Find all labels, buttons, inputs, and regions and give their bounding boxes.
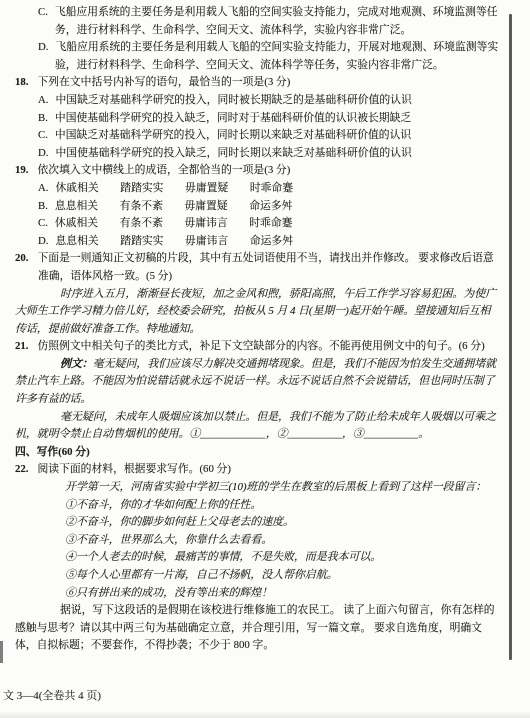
q18-option-b: B.中国使基础科学研究的投入缺乏，同时对于基础科研价值的认识被长期缺乏 <box>15 110 501 128</box>
q19-option-c: C.休戚相关 有条不紊 毋庸讳言 时乖命蹇 <box>15 215 501 233</box>
q21-example: 例文：毫无疑问，我们应该尽力解决交通拥堵现象。但是，我们不能因为怕发生交通拥堵就… <box>15 356 501 409</box>
question-number: 19. <box>15 164 29 176</box>
page-footer: 文 3—4(全卷共 4 页) <box>3 687 101 703</box>
scan-bottom-shadow <box>0 711 530 718</box>
q18-option-c: C.中国缺乏对基础科学研究的投入，同时长期以来缺乏对基础科研价值的认识 <box>15 127 501 145</box>
q22-message-4: ④一个人老去的时候，最痛苦的事情，不是失败，而是我本可以。 <box>65 549 501 567</box>
option-text: 飞船应用系统的主要任务是利用载人飞船的空间实验支持能力，开展对地观测、环境监测等… <box>55 41 498 71</box>
option-label: B. <box>38 200 48 212</box>
q18-option-a: A.中国缺乏对基础科学研究的投入，同时被长期缺乏的是基础科研价值的认识 <box>15 92 501 110</box>
q22-requirements: 据说，写下这段话的是假期在该校进行维修施工的农民工。 读了上面六句留言，你有怎样… <box>15 602 501 655</box>
idiom-list: 息息相关 有条不紊 毋庸置疑 命运多舛 <box>55 200 293 212</box>
scan-smudge <box>0 641 3 663</box>
scan-edge-line <box>509 14 512 660</box>
option-label: C. <box>38 6 48 18</box>
question-text: 下面是一则通知正文初稿的片段，其中有五处词语使用不当，请找出并作修改。 要求修改… <box>38 252 494 282</box>
example-label: 例文： <box>60 358 93 370</box>
q17-option-d: D.飞船应用系统的主要任务是利用载人飞船的空间实验支持能力，开展对地观测、环境监… <box>15 39 501 74</box>
option-label: C. <box>38 129 48 141</box>
question-text: 依次填入文中横线上的成语，全都恰当的一项是(3 分) <box>38 164 291 176</box>
q19-stem: 19.依次填入文中横线上的成语，全都恰当的一项是(3 分) <box>15 162 501 180</box>
q22-message-3: ③不奋斗，世界那么大，你靠什么去看看。 <box>65 532 501 550</box>
question-text: 下列在文中括号内补写的语句，最恰当的一项是(3 分) <box>38 76 291 88</box>
option-text: 中国使基础科学研究的投入缺乏，同时对于基础科研价值的认识被长期缺乏 <box>55 112 411 124</box>
question-number: 18. <box>15 76 29 88</box>
q21-stem: 21.仿照例文中相关句子的类比方式，补足下文空缺部分的内容。不能再使用例文中的句… <box>15 338 501 356</box>
q22-stem: 22.阅读下面的材料，根据要求写作。(60 分) <box>15 461 501 479</box>
q20-notice-draft: 时序进入五月，渐渐昼长夜短，加之金风和煦，骄阳高照，午后工作学习容易犯困。为使广… <box>15 286 501 339</box>
question-number: 22. <box>15 463 29 475</box>
q22-material-intro: 开学第一天，河南省实验中学初三(10)班的学生在教室的后黑板上看到了这样一段留言… <box>65 479 501 497</box>
q18-option-d: D.中国使基础科学研究的投入缺乏，同时长期以来缺乏对基础科研价值的认识 <box>15 145 501 163</box>
question-number: 21. <box>15 340 29 352</box>
option-label: D. <box>38 41 49 53</box>
option-label: D. <box>38 147 49 159</box>
option-text: 中国使基础科学研究的投入缺乏，同时长期以来缺乏对基础科研价值的认识 <box>56 147 412 159</box>
q19-option-b: B.息息相关 有条不紊 毋庸置疑 命运多舛 <box>15 198 501 216</box>
option-text: 飞船应用系统的主要任务是利用载人飞船的空间实验支持能力，完成对地观测、环境监测等… <box>55 6 498 36</box>
q19-option-a: A.休戚相关 踏踏实实 毋庸置疑 时乖命蹇 <box>15 180 501 198</box>
q22-message-2: ②不奋斗，你的脚步如何赶上父母老去的速度。 <box>65 514 501 532</box>
option-label: C. <box>38 217 48 229</box>
option-label: A. <box>38 182 49 194</box>
q18-stem: 18.下列在文中括号内补写的语句，最恰当的一项是(3 分) <box>15 74 501 92</box>
option-text: 中国缺乏对基础科学研究的投入，同时长期以来缺乏对基础科研价值的认识 <box>55 129 411 141</box>
exam-page: C.飞船应用系统的主要任务是利用载人飞船的空间实验支持能力，完成对地观测、环境监… <box>0 0 530 718</box>
option-label: B. <box>38 112 48 124</box>
idiom-list: 休戚相关 有条不紊 毋庸讳言 时乖命蹇 <box>55 217 293 229</box>
q19-option-d: D.息息相关 踏踏实实 毋庸讳言 命运多舛 <box>15 233 501 251</box>
q20-stem: 20.下面是一则通知正文初稿的片段，其中有五处词语使用不当，请找出并作修改。 要… <box>15 250 501 285</box>
idiom-list: 休戚相关 踏踏实实 毋庸置疑 时乖命蹇 <box>56 182 294 194</box>
idiom-list: 息息相关 踏踏实实 毋庸讳言 命运多舛 <box>56 235 294 247</box>
option-label: A. <box>38 94 49 106</box>
q21-answer-frame: 毫无疑问，未成年人吸烟应该加以禁止。但是，我们不能为了防止给未成年人吸烟以可乘之… <box>15 409 501 444</box>
q22-message-1: ①不奋斗，你的才华如何配上你的任性。 <box>65 497 501 515</box>
q17-option-c: C.飞船应用系统的主要任务是利用载人飞船的空间实验支持能力，完成对地观测、环境监… <box>15 4 501 39</box>
option-label: D. <box>38 235 49 247</box>
q22-message-5: ⑤每个人心里都有一片海，自己不扬帆，没人帮你启航。 <box>65 567 501 585</box>
question-number: 20. <box>15 252 29 264</box>
exam-content: C.飞船应用系统的主要任务是利用载人飞船的空间实验支持能力，完成对地观测、环境监… <box>15 4 501 655</box>
q22-message-6: ⑥只有拼出来的成功，没有等出来的辉煌！ <box>65 585 501 603</box>
question-text: 阅读下面的材料，根据要求写作。(60 分) <box>38 463 231 475</box>
option-text: 中国缺乏对基础科学研究的投入，同时被长期缺乏的是基础科研价值的认识 <box>56 94 412 106</box>
section-writing-title: 四、写作(60 分) <box>15 444 501 462</box>
question-text: 仿照例文中相关句子的类比方式，补足下文空缺部分的内容。不能再使用例文中的句子。(… <box>38 340 485 352</box>
